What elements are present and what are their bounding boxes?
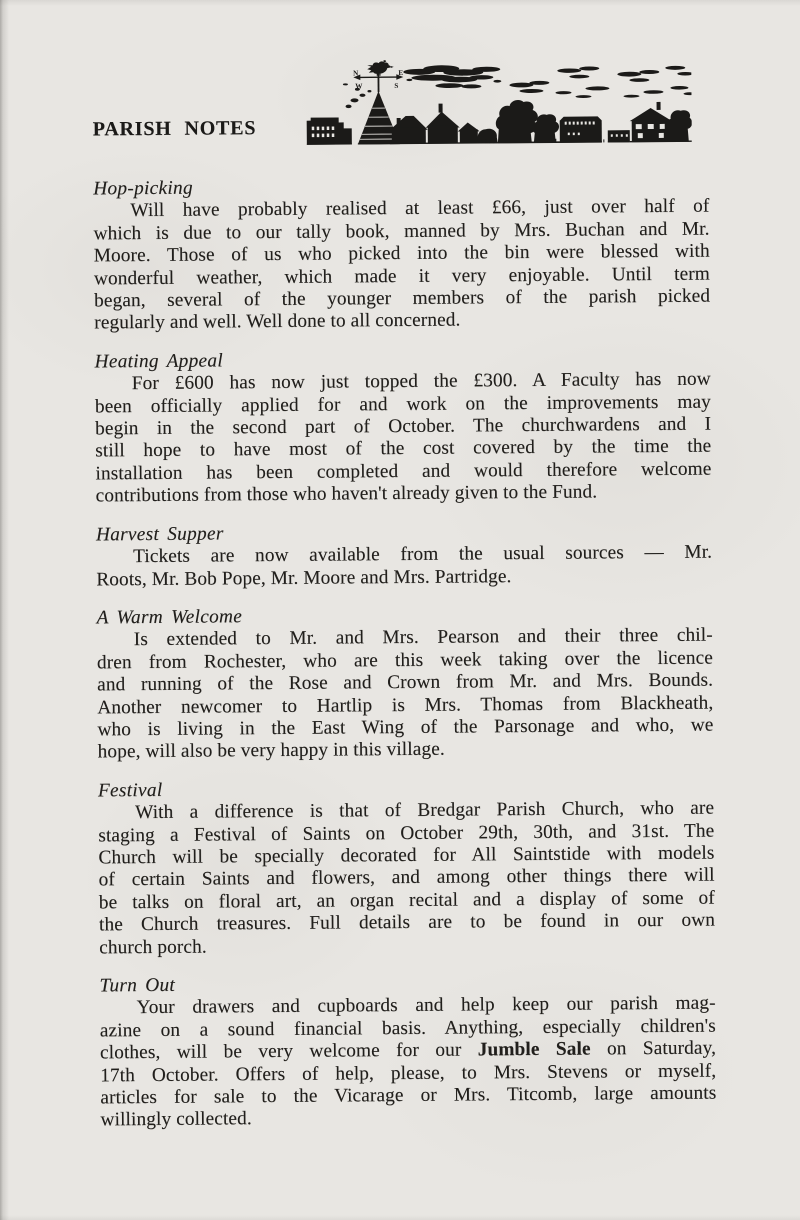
section-warm-welcome: A Warm Welcome Is extended to Mr. and Mr… (96, 602, 713, 764)
compass-n: N (353, 69, 359, 77)
text-line: Roots, Mr. Bob Pope, Mr. Moore and Mrs. … (96, 564, 712, 591)
weathervane-icon: N W E S (353, 60, 403, 92)
text-line: regularly and well. Well done to all con… (94, 308, 710, 335)
page-title: PARISH NOTES (93, 117, 257, 141)
rooster-icon (367, 60, 394, 76)
magazine-page: PARISH NOTES (0, 0, 800, 1220)
text-line: hope, will also be very happy in this vi… (98, 737, 714, 764)
section-festival: Festival With a difference is that of Br… (98, 775, 715, 959)
compass-s: S (394, 82, 398, 90)
section-hop-picking: Hop-picking Will have probably realised … (93, 174, 710, 336)
page-content: PARISH NOTES (0, 0, 800, 1220)
jumble-sale-bold: Jumble Sale (478, 1039, 591, 1061)
village-skyline: N W E S (306, 58, 692, 145)
village-illustration: N W E S (301, 58, 692, 151)
compass-w: W (355, 82, 363, 90)
section-turn-out: Turn Out Your drawers and cupboards and … (99, 971, 716, 1133)
jumble-line-post: on Saturday, (591, 1038, 717, 1060)
text-line: contributions from those who haven't alr… (96, 481, 712, 508)
section-heating-appeal: Heating Appeal For £600 has now just top… (94, 346, 711, 508)
text-line: church porch. (99, 932, 715, 959)
compass-e: E (398, 69, 403, 77)
text-line: willingly collected. (100, 1105, 716, 1132)
section-harvest-supper: Harvest Supper Tickets are now available… (96, 519, 713, 591)
notes-column: Hop-picking Will have probably realised … (93, 174, 716, 1133)
jumble-line-pre: clothes, will be very welcome for our (100, 1040, 478, 1064)
cloud-streaks (403, 63, 692, 99)
